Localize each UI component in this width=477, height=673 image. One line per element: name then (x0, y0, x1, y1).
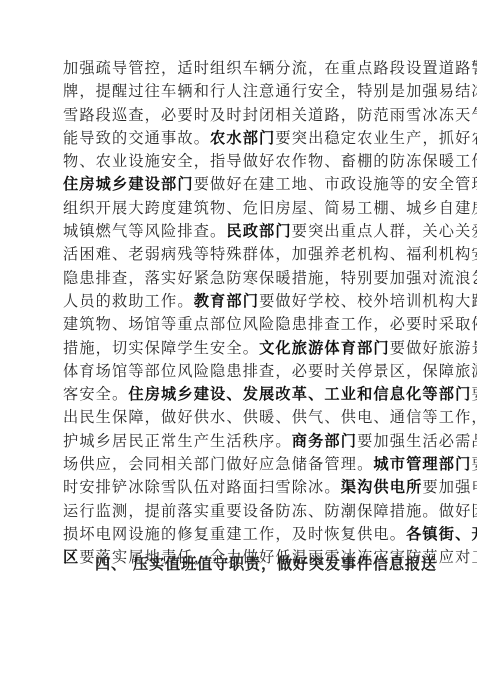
text-line: 出民生保障，做好供水、供暖、供气、供电、通信等工作，维 (63, 408, 477, 426)
department-name: 住房城乡建设部门 (63, 175, 194, 193)
text-line: 人员的救助工作。教育部门要做好学校、校外培训机构大跨度 (63, 292, 477, 310)
text-run: 时安排铲冰除雪队伍对路面扫雪除冰。 (63, 478, 341, 496)
department-name: 教育部门 (194, 292, 259, 310)
text-run: 雪路段巡查，必要时及时封闭相关道路，防范雨雪冰冻天气可 (63, 106, 477, 124)
section-heading: 四、 压实值班值守职责，做好突发事件信息报送 (95, 553, 437, 576)
text-run: 要及 (471, 455, 477, 473)
text-line: 组织开展大跨度建筑物、危旧房屋、简易工棚、城乡自建房、 (63, 199, 477, 217)
text-run: 运行监测，提前落实重要设备防冻、防潮保障措施。做好因灾 (63, 502, 477, 520)
text-run: 人员的救助工作。 (63, 292, 194, 310)
text-run: 出民生保障，做好供水、供暖、供气、供电、通信等工作，维 (63, 408, 477, 426)
department-name: 各镇街、开发 (406, 525, 477, 543)
text-line: 时安排铲冰除雪队伍对路面扫雪除冰。渠沟供电所要加强电网 (63, 478, 477, 496)
department-name: 农水部门 (210, 129, 275, 147)
text-line: 建筑物、场馆等重点部位风险隐患排查工作，必要时采取停课 (63, 315, 477, 333)
text-line: 客安全。住房城乡建设、发展改革、工业和信息化等部门要突 (63, 385, 477, 403)
department-name: 住房城乡建设、发展改革、工业和信息化等部门 (128, 385, 471, 403)
department-name: 商务部门 (292, 432, 357, 450)
text-line: 活困难、老弱病残等特殊群体，加强养老机构、福利机构安全 (63, 245, 477, 263)
text-line: 雪路段巡查，必要时及时封闭相关道路，防范雨雪冰冻天气可 (63, 106, 477, 124)
text-line: 损坏电网设施的修复重建工作，及时恢复供电。各镇街、开发 (63, 525, 477, 543)
text-run: 隐患排查，落实好紧急防寒保暖措施，特别要加强对流浪乞讨 (63, 269, 477, 287)
text-run: 要突出重点人群，关心关爱生 (292, 222, 477, 240)
text-run: 客安全。 (63, 385, 128, 403)
text-run: 要做好学校、校外培训机构大跨度 (259, 292, 477, 310)
text-line: 加强疏导管控，适时组织车辆分流，在重点路段设置道路警示 (63, 59, 477, 77)
text-run: 牌，提醒过往车辆和行人注意通行安全，特别是加强易结冰积 (63, 82, 477, 100)
text-run: 城镇燃气等风险排查。 (63, 222, 226, 240)
text-line: 体育场馆等部位风险隐患排查，必要时关停景区，保障旅游游 (63, 362, 477, 380)
text-run: 要加强生活必需品市 (357, 432, 477, 450)
text-line: 能导致的交通事故。农水部门要突出稳定农业生产，抓好农作 (63, 129, 477, 147)
text-run: 护城乡居民正常生产生活秩序。 (63, 432, 292, 450)
text-line: 牌，提醒过往车辆和行人注意通行安全，特别是加强易结冰积 (63, 82, 477, 100)
text-run: 建筑物、场馆等重点部位风险隐患排查工作，必要时采取停课 (63, 315, 477, 333)
text-line: 措施，切实保障学生安全。文化旅游体育部门要做好旅游景区、 (63, 339, 477, 357)
text-run: 能导致的交通事故。 (63, 129, 210, 147)
department-name: 区 (63, 548, 79, 566)
text-run: 要加强电网 (422, 478, 477, 496)
department-name: 文化旅游体育部门 (259, 339, 390, 357)
department-name: 渠沟供电所 (341, 478, 423, 496)
text-run: 损坏电网设施的修复重建工作，及时恢复供电。 (63, 525, 406, 543)
text-run: 物、农业设施安全，指导做好农作物、畜棚的防冻保暖工作。 (63, 152, 477, 170)
text-run: 要突出稳定农业生产，抓好农作 (275, 129, 477, 147)
text-run: 场供应，会同相关部门做好应急储备管理。 (63, 455, 373, 473)
text-line: 住房城乡建设部门要做好在建工地、市政设施等的安全管理， (63, 175, 477, 193)
department-name: 民政部门 (226, 222, 291, 240)
text-run: 措施，切实保障学生安全。 (63, 339, 259, 357)
department-name: 城市管理部门 (373, 455, 471, 473)
text-line: 护城乡居民正常生产生活秩序。商务部门要加强生活必需品市 (63, 432, 477, 450)
text-run: 体育场馆等部位风险隐患排查，必要时关停景区，保障旅游游 (63, 362, 477, 380)
text-line: 场供应，会同相关部门做好应急储备管理。城市管理部门要及 (63, 455, 477, 473)
document-page: 加强疏导管控，适时组织车辆分流，在重点路段设置道路警示牌，提醒过往车辆和行人注意… (0, 0, 477, 673)
text-run: 组织开展大跨度建筑物、危旧房屋、简易工棚、城乡自建房、 (63, 199, 477, 217)
text-line: 物、农业设施安全，指导做好农作物、畜棚的防冻保暖工作。 (63, 152, 477, 170)
text-line: 隐患排查，落实好紧急防寒保暖措施，特别要加强对流浪乞讨 (63, 269, 477, 287)
text-run: 活困难、老弱病残等特殊群体，加强养老机构、福利机构安全 (63, 245, 477, 263)
text-line: 运行监测，提前落实重要设备防冻、防潮保障措施。做好因灾 (63, 502, 477, 520)
text-line: 城镇燃气等风险排查。民政部门要突出重点人群，关心关爱生 (63, 222, 477, 240)
text-run: 要突 (471, 385, 477, 403)
text-run: 加强疏导管控，适时组织车辆分流，在重点路段设置道路警示 (63, 59, 477, 77)
text-run: 要做好旅游景区、 (390, 339, 477, 357)
text-run: 要做好在建工地、市政设施等的安全管理， (194, 175, 477, 193)
body-paragraph: 加强疏导管控，适时组织车辆分流，在重点路段设置道路警示牌，提醒过往车辆和行人注意… (63, 57, 425, 570)
